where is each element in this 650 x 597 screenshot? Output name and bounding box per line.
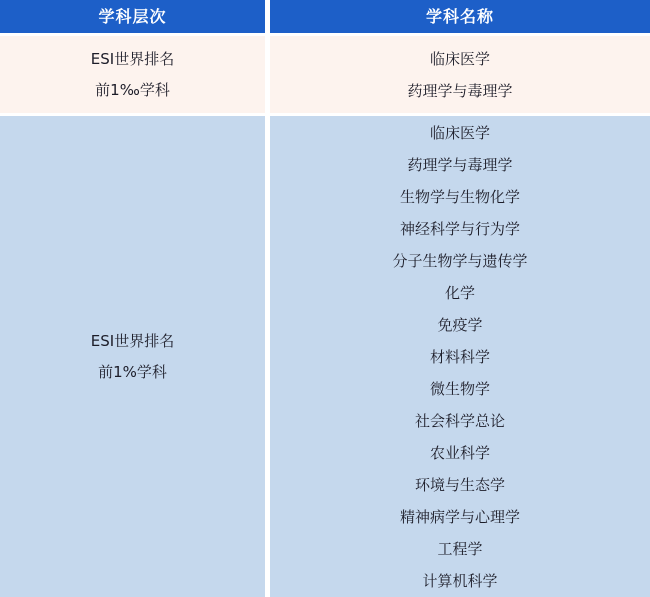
esi-disciplines-table: 学科层次 学科名称 ESI世界排名 前1‰学科 临床医学 药理学与毒理学 ESI… <box>0 0 650 597</box>
discipline-item: 药理学与毒理学 <box>407 75 512 107</box>
level-line: 前1%学科 <box>98 357 167 388</box>
level-line: ESI世界排名 <box>91 44 174 75</box>
discipline-item: 临床医学 <box>430 117 490 149</box>
discipline-item: 生物学与生物化学 <box>400 181 520 213</box>
discipline-item: 社会科学总论 <box>415 405 505 437</box>
discipline-item: 材料科学 <box>430 341 490 373</box>
column-header-level: 学科层次 <box>0 0 265 33</box>
discipline-item: 免疫学 <box>437 309 482 341</box>
discipline-item: 分子生物学与遗传学 <box>392 245 527 277</box>
level-cell-top-percent: ESI世界排名 前1%学科 <box>0 116 265 597</box>
disciplines-cell-top-percent: 临床医学 药理学与毒理学 生物学与生物化学 神经科学与行为学 分子生物学与遗传学… <box>270 116 650 597</box>
discipline-item: 化学 <box>445 277 475 309</box>
disciplines-cell-top-permille: 临床医学 药理学与毒理学 <box>270 36 650 113</box>
discipline-item: 药理学与毒理学 <box>407 149 512 181</box>
level-line: ESI世界排名 <box>91 326 174 357</box>
column-header-name: 学科名称 <box>270 0 650 33</box>
discipline-item: 微生物学 <box>430 373 490 405</box>
discipline-item: 农业科学 <box>430 437 490 469</box>
discipline-item: 计算机科学 <box>422 565 497 597</box>
level-line: 前1‰学科 <box>95 75 170 106</box>
discipline-item: 环境与生态学 <box>415 469 505 501</box>
column-header-level-label: 学科层次 <box>98 1 166 32</box>
discipline-item: 工程学 <box>437 533 482 565</box>
discipline-item: 精神病学与心理学 <box>400 501 520 533</box>
discipline-item: 神经科学与行为学 <box>400 213 520 245</box>
column-header-name-label: 学科名称 <box>426 1 494 32</box>
level-cell-top-permille: ESI世界排名 前1‰学科 <box>0 36 265 113</box>
discipline-item: 临床医学 <box>430 43 490 75</box>
